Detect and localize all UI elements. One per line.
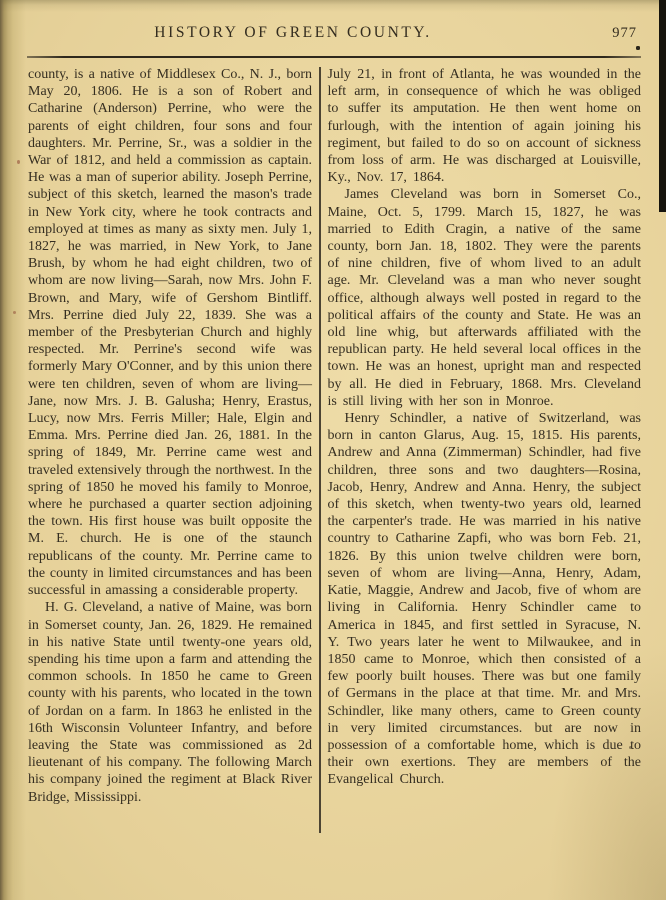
- left-column: county, is a native of Middlesex Co., N.…: [28, 66, 312, 900]
- book-page-scan: HISTORY OF GREEN COUNTY. 977 county, is …: [0, 0, 666, 900]
- right-column: July 21, in front of Atlanta, he was wou…: [328, 66, 642, 900]
- header-rule: [27, 56, 641, 58]
- column-divider-rule: [319, 67, 321, 833]
- paragraph-hg-cleveland: H. G. Cleveland, a native of Maine, was …: [28, 599, 312, 805]
- binding-gutter-shadow: [0, 0, 28, 900]
- ink-speck: [13, 311, 16, 314]
- paragraph-henry-schindler: Henry Schindler, a native of Switzerland…: [328, 410, 642, 788]
- ink-speck: [17, 160, 20, 164]
- page-number: 977: [612, 25, 637, 42]
- two-column-text-block: county, is a native of Middlesex Co., N.…: [28, 66, 641, 900]
- ink-speck: [636, 46, 640, 50]
- paragraph-perrine-continued: county, is a native of Middlesex Co., N.…: [28, 66, 312, 599]
- running-header: HISTORY OF GREEN COUNTY. 977: [0, 24, 666, 48]
- page-title: HISTORY OF GREEN COUNTY.: [154, 24, 431, 42]
- page-top-edge-shadow: [0, 0, 666, 12]
- paragraph-cleveland-continued: July 21, in front of Atlanta, he was wou…: [328, 66, 642, 186]
- paragraph-james-cleveland: James Cleveland was born in Somerset Co.…: [328, 186, 642, 410]
